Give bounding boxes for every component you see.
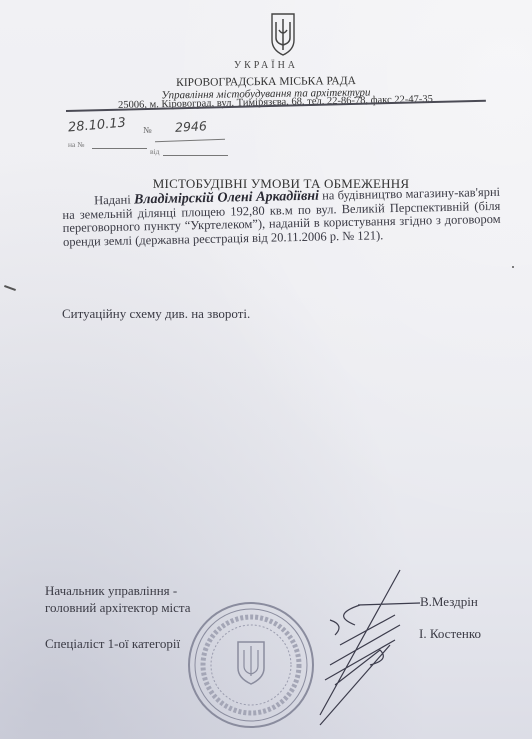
position1-line1: Начальник управління - bbox=[45, 582, 191, 599]
paragraph-indent bbox=[62, 204, 94, 205]
signatory-name-2: І. Костенко bbox=[419, 626, 481, 642]
from-blank bbox=[163, 155, 228, 156]
signatory-name-1: В.Мездрін bbox=[420, 594, 478, 610]
handwritten-registration-number: 2946 bbox=[175, 118, 208, 135]
reply-to-label: на № bbox=[68, 140, 84, 149]
handwritten-signature-icon bbox=[300, 565, 420, 730]
round-official-seal-icon bbox=[186, 600, 316, 730]
margin-dot bbox=[512, 266, 514, 268]
signatory-position-1: Начальник управління - головний архітект… bbox=[45, 582, 191, 616]
from-label: від bbox=[150, 147, 159, 156]
trident-coat-of-arms-icon bbox=[270, 12, 296, 56]
number-label: № bbox=[143, 125, 152, 135]
body-prefix: Надані bbox=[94, 193, 131, 208]
number-underline bbox=[155, 139, 225, 142]
reply-to-blank bbox=[92, 148, 147, 149]
document-body: Надані Владімірскій Олені Аркадіївні на … bbox=[62, 186, 501, 249]
position1-line2: головний архітектор міста bbox=[45, 599, 191, 616]
signatory-position-2: Спеціаліст 1-ої категорії bbox=[45, 635, 180, 652]
country-heading: УКРАЇНА bbox=[0, 60, 532, 71]
margin-mark bbox=[4, 285, 16, 291]
scheme-note: Ситуаційну схему див. на звороті. bbox=[62, 306, 250, 322]
handwritten-date: 28.10.13 bbox=[67, 116, 126, 136]
